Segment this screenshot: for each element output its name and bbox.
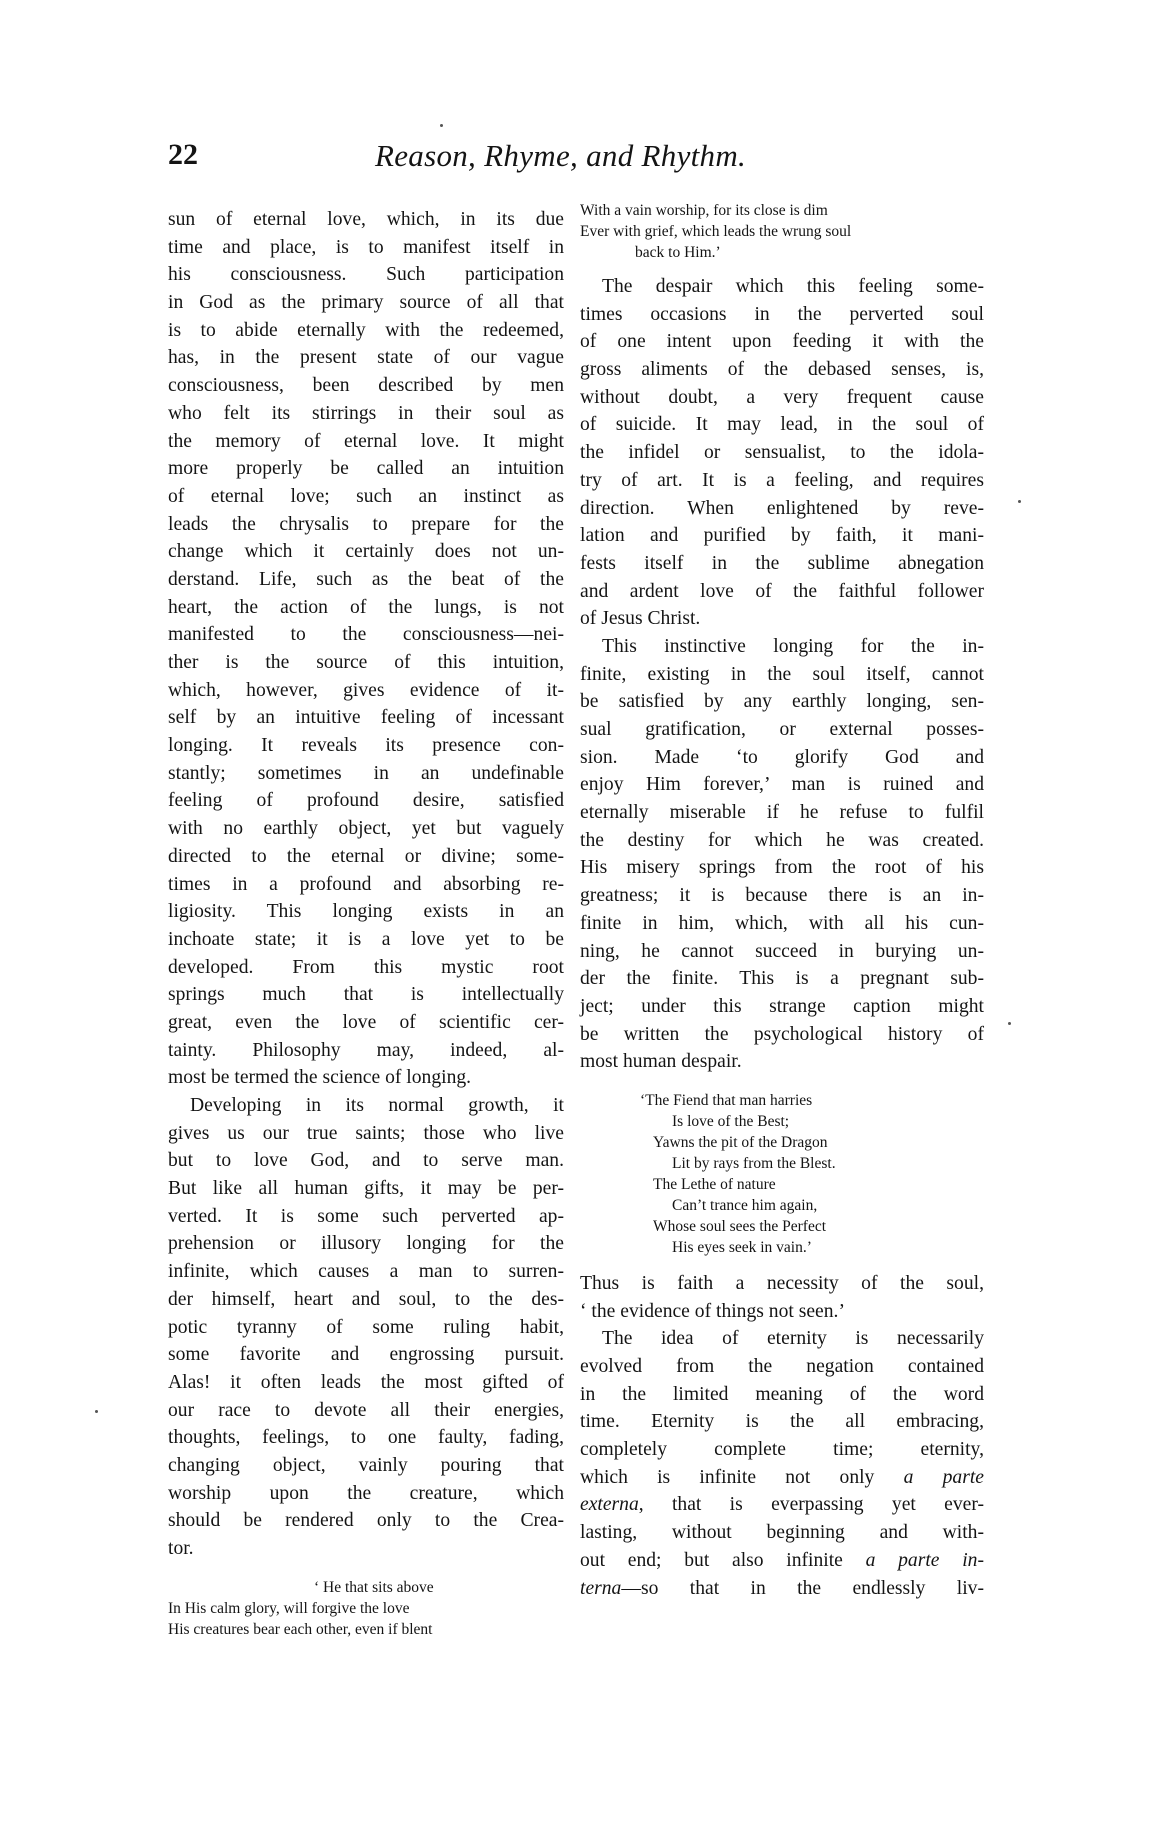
paragraph: sun of eternal love, which, in its due t… — [168, 206, 564, 1092]
text-line: finite, existing in the soul itself, can… — [580, 661, 984, 689]
scan-speck — [1018, 500, 1021, 503]
running-header: 22 Reason, Rhyme, and Rhythm. — [0, 138, 1152, 178]
text-line: who felt its stirrings in their soul as — [168, 400, 564, 428]
text-line: feeling of profound desire, satisfied — [168, 787, 564, 815]
right-column: With a vain worship, for its close is di… — [580, 206, 984, 1602]
text-line: stantly; sometimes in an undefinable — [168, 760, 564, 788]
latin-phrase: externa — [580, 1494, 639, 1515]
verse-line: back to Him.’ — [580, 242, 984, 263]
text-line: time and place, is to manifest itself in — [168, 234, 564, 262]
text-line: direction. When enlightened by reve- — [580, 495, 984, 523]
text-line: prehension or illusory longing for the — [168, 1230, 564, 1258]
text-line: in God as the primary source of all that — [168, 289, 564, 317]
text-line: the infidel or sensualist, to the idola- — [580, 439, 984, 467]
verse-quote: ‘The Fiend that man harries Is love of t… — [580, 1090, 984, 1258]
text-run: —so that in the endlessly liv- — [621, 1578, 984, 1599]
text-line: fests itself in the sublime abnegation — [580, 550, 984, 578]
text-line: has, in the present state of our vague — [168, 344, 564, 372]
text-line: but to love God, and to serve man. — [168, 1147, 564, 1175]
scan-speck — [95, 1410, 98, 1413]
text-line: heart, the action of the lungs, is not — [168, 594, 564, 622]
text-line: try of art. It is a feeling, and require… — [580, 467, 984, 495]
text-line: evolved from the negation contained — [580, 1353, 984, 1381]
text-line: enjoy Him forever,’ man is ruined and — [580, 771, 984, 799]
verse-line: Yawns the pit of the Dragon — [640, 1132, 984, 1153]
verse-line: ‘The Fiend that man harries — [640, 1090, 984, 1111]
text-line: manifested to the consciousness—nei- — [168, 621, 564, 649]
text-line: inchoate state; it is a love yet to be — [168, 926, 564, 954]
text-line: directed to the eternal or divine; some- — [168, 843, 564, 871]
text-line: and ardent love of the faithful follower — [580, 578, 984, 606]
text-line: springs much that is intellectually — [168, 981, 564, 1009]
text-line: Thus is faith a necessity of the soul, — [580, 1270, 984, 1298]
text-line: eternally miserable if he refuse to fulf… — [580, 799, 984, 827]
scan-speck — [440, 124, 443, 127]
text-line: with no earthly object, yet but vaguely — [168, 815, 564, 843]
paragraph: The idea of eternity is necessarily evol… — [580, 1325, 984, 1602]
text-line: potic tyranny of some ruling habit, — [168, 1314, 564, 1342]
text-line: ligiosity. This longing exists in an — [168, 898, 564, 926]
text-line: greatness; it is because there is an in- — [580, 882, 984, 910]
text-line: of eternal love; such an instinct as — [168, 483, 564, 511]
text-line: time. Eternity is the all embracing, — [580, 1408, 984, 1436]
text-line: of Jesus Christ. — [580, 605, 984, 633]
text-line: changing object, vainly pouring that — [168, 1452, 564, 1480]
text-line: worship upon the creature, which — [168, 1480, 564, 1508]
text-line: verted. It is some such perverted ap- — [168, 1203, 564, 1231]
text-line: times occasions in the perverted soul — [580, 301, 984, 329]
text-line: der the finite. This is a pregnant sub- — [580, 965, 984, 993]
text-line: some favorite and engrossing pursuit. — [168, 1341, 564, 1369]
text-line: developed. From this mystic root — [168, 954, 564, 982]
text-line: lasting, without beginning and with- — [580, 1519, 984, 1547]
verse-line: ‘ He that sits above — [168, 1577, 564, 1598]
page-number: 22 — [168, 138, 198, 172]
text-line: der himself, heart and soul, to the des- — [168, 1286, 564, 1314]
text-line: is to abide eternally with the redeemed, — [168, 317, 564, 345]
running-title: Reason, Rhyme, and Rhythm. — [375, 138, 746, 174]
text-line: longing. It reveals its presence con- — [168, 732, 564, 760]
text-line: Developing in its normal growth, it — [168, 1092, 564, 1120]
text-line: be satisfied by any earthly longing, sen… — [580, 688, 984, 716]
text-line: terna—so that in the endlessly liv- — [580, 1575, 984, 1603]
text-line: gross aliments of the debased senses, is… — [580, 356, 984, 384]
text-run: , that is everpassing yet ever- — [639, 1494, 984, 1515]
text-line: ‘ the evidence of things not seen.’ — [580, 1298, 984, 1326]
text-line: sion. Made ‘to glorify God and — [580, 744, 984, 772]
paragraph: Developing in its normal growth, it give… — [168, 1092, 564, 1563]
verse-line: Is love of the Best; — [640, 1111, 984, 1132]
verse-line: Ever with grief, which leads the wrung s… — [580, 221, 984, 242]
verse-line: In His calm glory, will forgive the love — [168, 1598, 564, 1619]
text-line: Alas! it often leads the most gifted of — [168, 1369, 564, 1397]
text-line: which, however, gives evidence of it- — [168, 677, 564, 705]
text-line: which is infinite not only a parte — [580, 1464, 984, 1492]
text-line: change which it certainly does not un- — [168, 538, 564, 566]
text-line: ther is the source of this intuition, — [168, 649, 564, 677]
verse-line: His creatures bear each other, even if b… — [168, 1619, 564, 1640]
text-line: ject; under this strange caption might — [580, 993, 984, 1021]
text-line: our race to devote all their energies, — [168, 1397, 564, 1425]
verse-line: Can’t trance him again, — [640, 1195, 984, 1216]
text-line: more properly be called an intuition — [168, 455, 564, 483]
text-line: ning, he cannot succeed in burying un- — [580, 938, 984, 966]
text-line: consciousness, been described by men — [168, 372, 564, 400]
verse-line: The Lethe of nature — [640, 1174, 984, 1195]
text-line: should be rendered only to the Crea- — [168, 1507, 564, 1535]
text-line: His misery springs from the root of his — [580, 854, 984, 882]
text-line: But like all human gifts, it may be per- — [168, 1175, 564, 1203]
verse-line: With a vain worship, for its close is di… — [580, 200, 984, 221]
text-line: tor. — [168, 1535, 564, 1563]
text-line: This instinctive longing for the in- — [580, 633, 984, 661]
text-line: great, even the love of scientific cer- — [168, 1009, 564, 1037]
text-line: the memory of eternal love. It might — [168, 428, 564, 456]
verse-line: His eyes seek in vain.’ — [640, 1237, 984, 1258]
text-line: his consciousness. Such participation — [168, 261, 564, 289]
text-line: the destiny for which he was created. — [580, 827, 984, 855]
text-line: sun of eternal love, which, in its due — [168, 206, 564, 234]
text-line: times in a profound and absorbing re- — [168, 871, 564, 899]
text-line: The despair which this feeling some- — [580, 273, 984, 301]
text-line: out end; but also infinite a parte in- — [580, 1547, 984, 1575]
verse-line: Whose soul sees the Perfect — [640, 1216, 984, 1237]
latin-phrase: terna — [580, 1578, 621, 1599]
text-line: finite in him, which, with all his cun- — [580, 910, 984, 938]
text-line: infinite, which causes a man to surren- — [168, 1258, 564, 1286]
scan-speck — [1008, 1022, 1011, 1025]
paragraph: The despair which this feeling some- tim… — [580, 273, 984, 633]
text-line: most be termed the science of longing. — [168, 1064, 564, 1092]
text-line: most human despair. — [580, 1048, 984, 1076]
text-run: out end; but also infinite — [580, 1550, 866, 1571]
text-line: completely complete time; eternity, — [580, 1436, 984, 1464]
text-line: leads the chrysalis to prepare for the — [168, 511, 564, 539]
text-line: of one intent upon feeding it with the — [580, 328, 984, 356]
text-line: derstand. Life, such as the beat of the — [168, 566, 564, 594]
text-line: lation and purified by faith, it mani- — [580, 522, 984, 550]
text-run: which is infinite not only — [580, 1467, 904, 1488]
verse-quote-continued: With a vain worship, for its close is di… — [580, 200, 984, 263]
text-line: gives us our true saints; those who live — [168, 1120, 564, 1148]
text-line: externa, that is everpassing yet ever- — [580, 1491, 984, 1519]
text-line: self by an intuitive feeling of incessan… — [168, 704, 564, 732]
text-line: of suicide. It may lead, in the soul of — [580, 411, 984, 439]
text-line: sual gratification, or external posses- — [580, 716, 984, 744]
text-line: thoughts, feelings, to one faulty, fadin… — [168, 1424, 564, 1452]
verse-quote: ‘ He that sits above In His calm glory, … — [168, 1577, 564, 1640]
verse-line: Lit by rays from the Blest. — [640, 1153, 984, 1174]
text-line: The idea of eternity is necessarily — [580, 1325, 984, 1353]
text-line: tainty. Philosophy may, indeed, al- — [168, 1037, 564, 1065]
paragraph: Thus is faith a necessity of the soul, ‘… — [580, 1270, 984, 1325]
left-column: sun of eternal love, which, in its due t… — [168, 206, 564, 1640]
text-line: be written the psychological history of — [580, 1021, 984, 1049]
text-line: in the limited meaning of the word — [580, 1381, 984, 1409]
paragraph: This instinctive longing for the in- fin… — [580, 633, 984, 1076]
text-line: without doubt, a very frequent cause — [580, 384, 984, 412]
latin-phrase: a parte in- — [866, 1550, 984, 1571]
latin-phrase: a parte — [904, 1467, 984, 1488]
